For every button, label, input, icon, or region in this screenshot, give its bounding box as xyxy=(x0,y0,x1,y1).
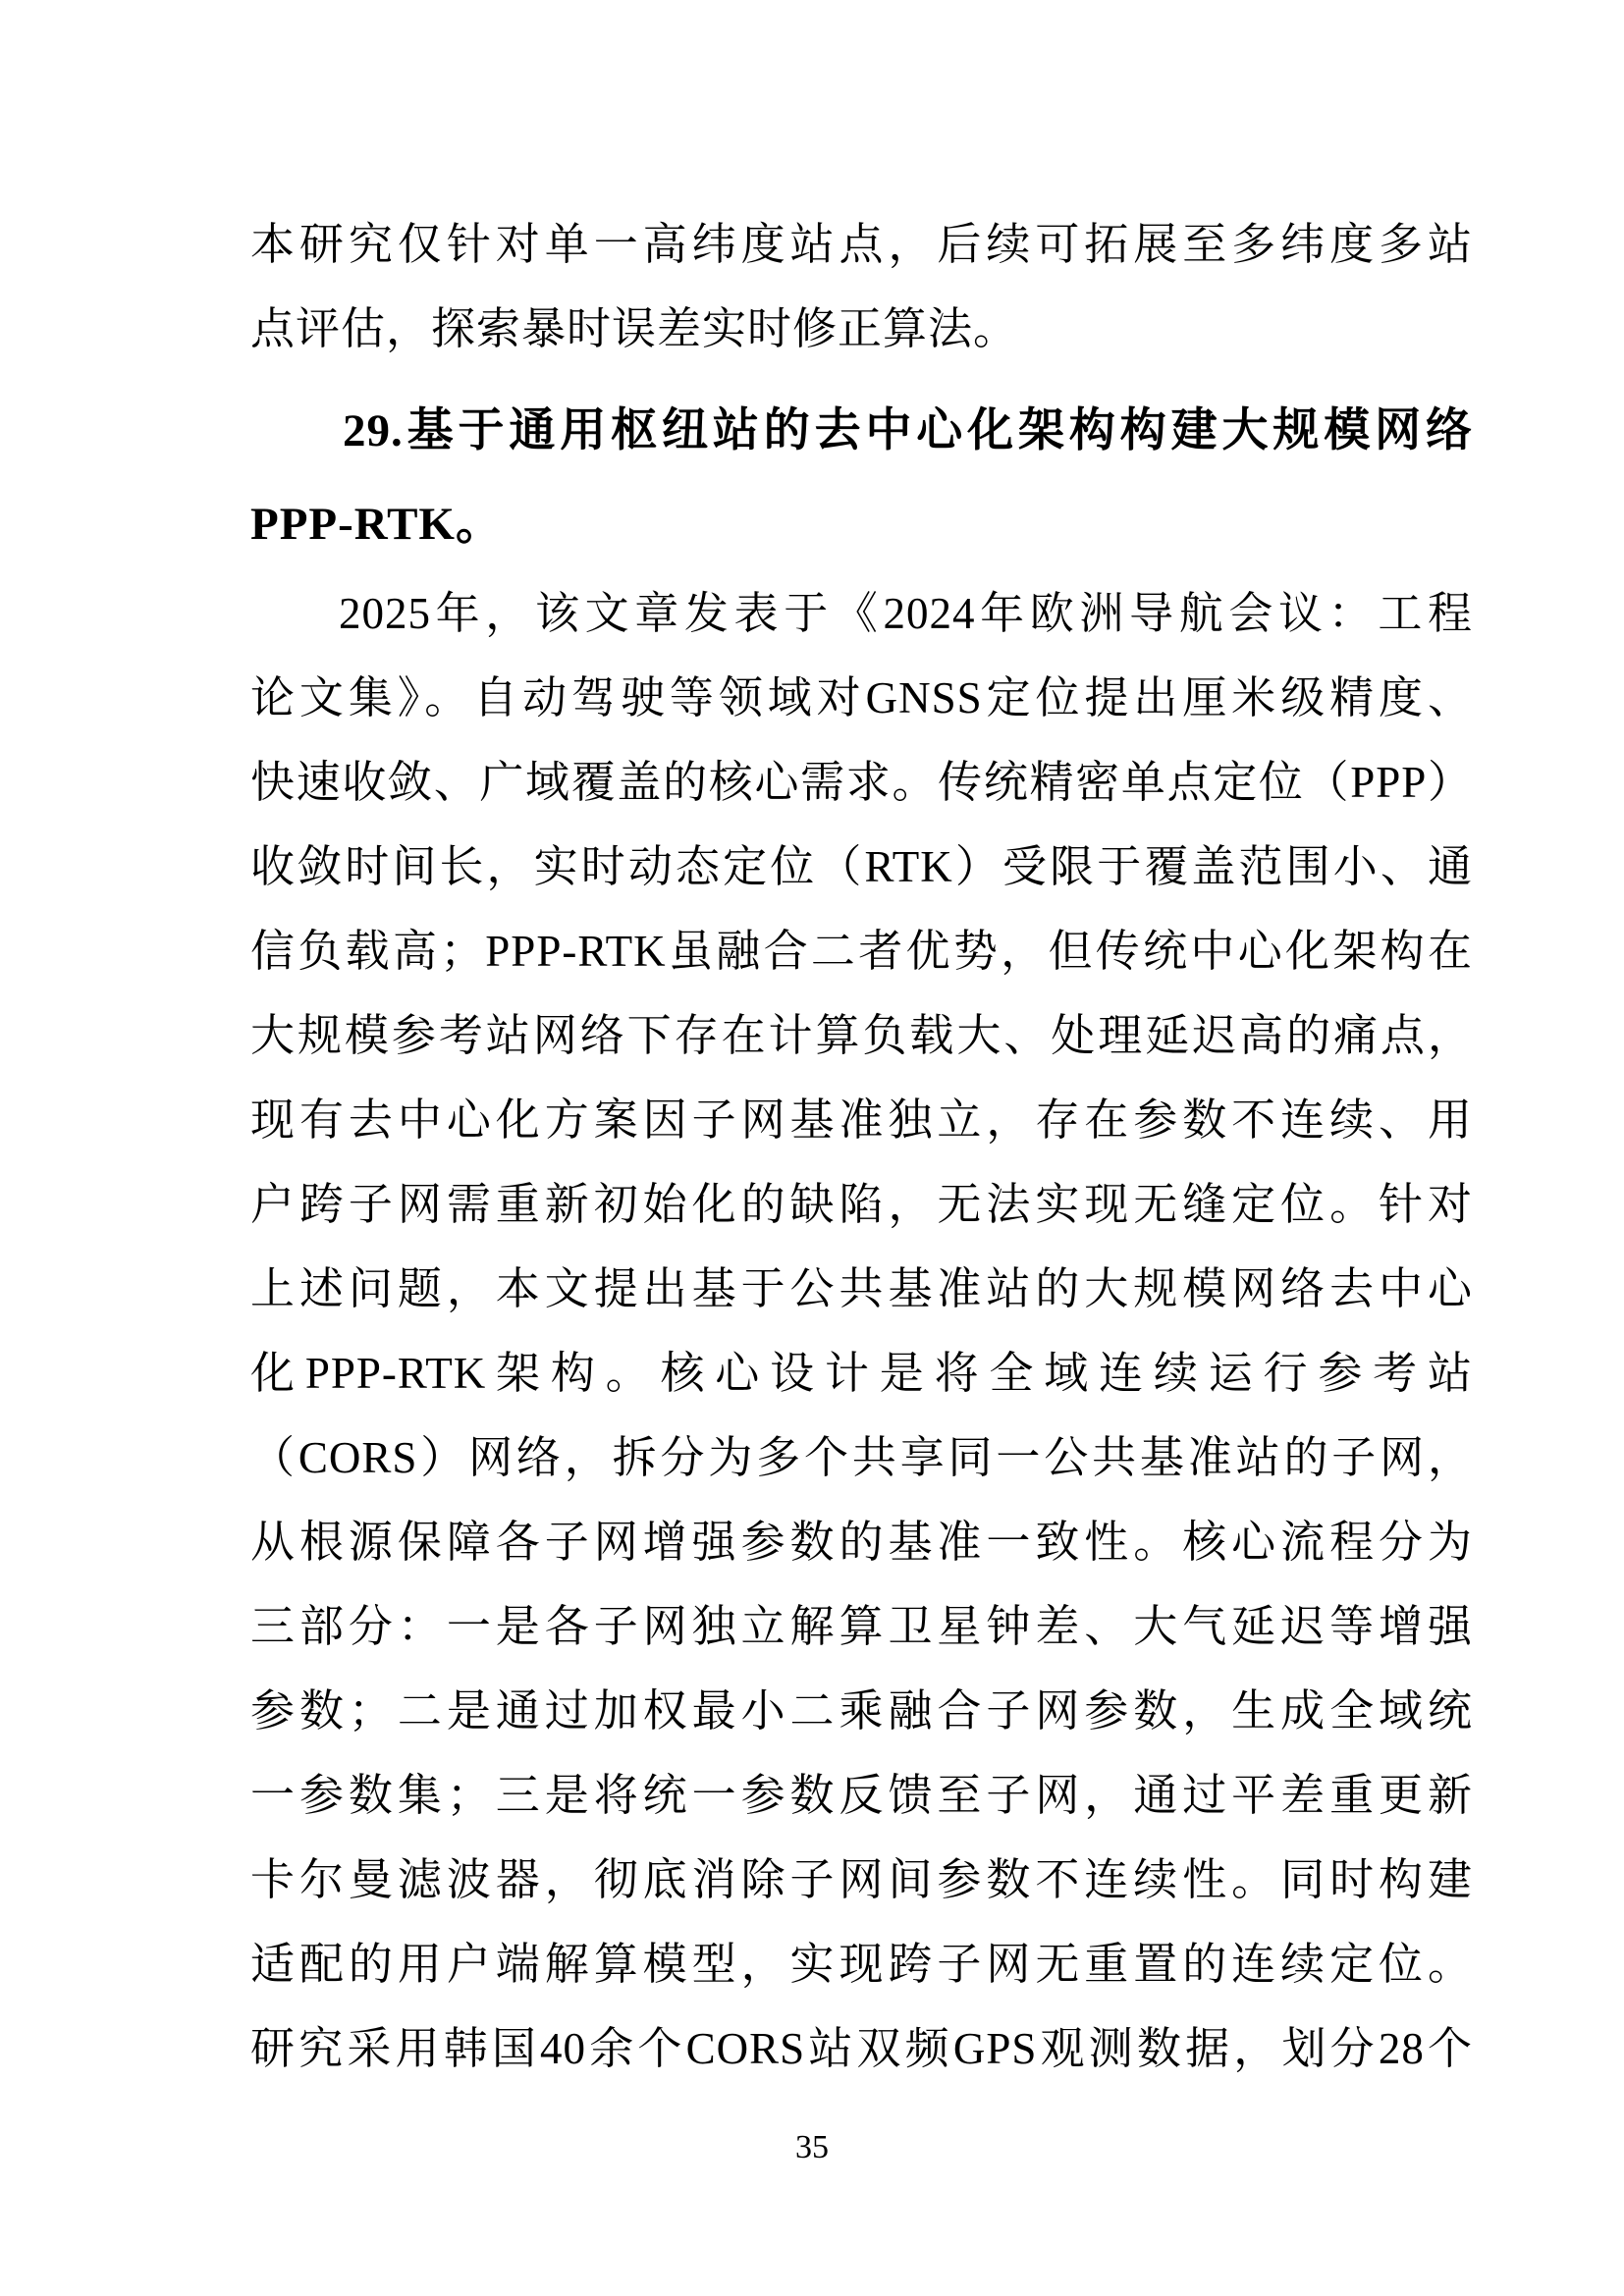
text-line: 快速收敛、广域覆盖的核心需求。传统精密单点定位（PPP） xyxy=(250,740,1473,825)
text-line: 从根源保障各子网增强参数的基准一致性。核心流程分为 xyxy=(250,1500,1473,1584)
text-line: （CORS）网络，拆分为多个共享同一公共基准站的子网， xyxy=(250,1415,1473,1500)
text-line: 适配的用户端解算模型，实现跨子网无重置的连续定位。 xyxy=(250,1922,1473,2006)
text-line: 上述问题，本文提出基于公共基准站的大规模网络去中心 xyxy=(250,1247,1473,1331)
text-line: 论文集》。自动驾驶等领域对GNSS定位提出厘米级精度、 xyxy=(250,656,1473,740)
section-heading-line: 29.基于通用枢纽站的去中心化架构构建大规模网络 xyxy=(250,385,1473,478)
text-line: 化PPP-RTK架构。核心设计是将全域连续运行参考站 xyxy=(250,1331,1473,1415)
text-block: 本研究仅针对单一高纬度站点，后续可拓展至多纬度多站 点评估，探索暴时误差实时修正… xyxy=(250,202,1473,2091)
section-heading: 29.基于通用枢纽站的去中心化架构构建大规模网络 PPP-RTK。 xyxy=(250,385,1473,571)
text-line: 一参数集；三是将统一参数反馈至子网，通过平差重更新 xyxy=(250,1753,1473,1838)
text-line: 本研究仅针对单一高纬度站点，后续可拓展至多纬度多站 xyxy=(250,202,1473,287)
text-line: 点评估，探索暴时误差实时修正算法。 xyxy=(250,287,1473,371)
text-line: 信负载高；PPP-RTK虽融合二者优势，但传统中心化架构在 xyxy=(250,909,1473,993)
text-line: 现有去中心化方案因子网基准独立，存在参数不连续、用 xyxy=(250,1078,1473,1162)
text-line: 研究采用韩国40余个CORS站双频GPS观测数据，划分28个 xyxy=(250,2006,1473,2091)
text-line: 2025年，该文章发表于《2024年欧洲导航会议：工程 xyxy=(250,571,1473,656)
text-line: 卡尔曼滤波器，彻底消除子网间参数不连续性。同时构建 xyxy=(250,1838,1473,1922)
document-page: { "document": { "continuation_paragraph"… xyxy=(0,0,1624,2296)
section-heading-line: PPP-RTK。 xyxy=(250,478,1473,571)
text-line: 参数；二是通过加权最小二乘融合子网参数，生成全域统 xyxy=(250,1669,1473,1753)
text-line: 户跨子网需重新初始化的缺陷，无法实现无缝定位。针对 xyxy=(250,1162,1473,1247)
text-line: 大规模参考站网络下存在计算负载大、处理延迟高的痛点， xyxy=(250,993,1473,1078)
text-line: 收敛时间长，实时动态定位（RTK）受限于覆盖范围小、通 xyxy=(250,825,1473,909)
page-number: 35 xyxy=(0,2128,1624,2167)
text-line: 三部分：一是各子网独立解算卫星钟差、大气延迟等增强 xyxy=(250,1584,1473,1669)
